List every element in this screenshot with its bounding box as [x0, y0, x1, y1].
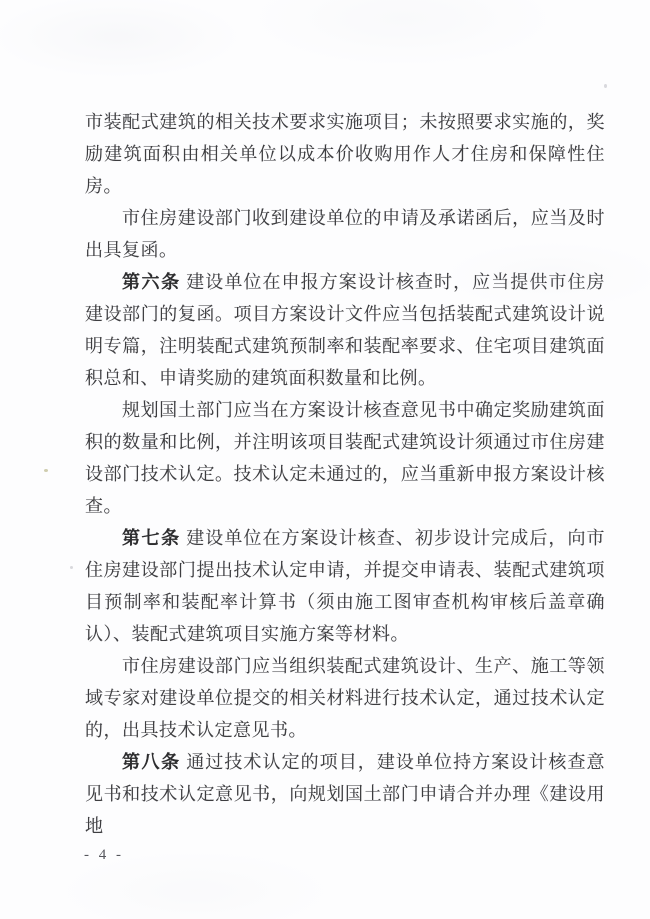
scan-speck — [604, 84, 607, 88]
document-body: 市装配式建筑的相关技术要求实施项目；未按照要求实施的，奖励建筑面积由相关单位以成… — [85, 106, 605, 842]
paragraph: 市装配式建筑的相关技术要求实施项目；未按照要求实施的，奖励建筑面积由相关单位以成… — [85, 106, 605, 202]
paragraph: 第六条 建设单位在申报方案设计核查时，应当提供市住房建设部门的复函。项目方案设计… — [85, 266, 605, 394]
paragraph: 第八条 通过技术认定的项目，建设单位持方案设计核查意见书和技术认定意见书，向规划… — [85, 746, 605, 842]
paragraph: 市住房建设部门应当组织装配式建筑设计、生产、施工等领域专家对建设单位提交的相关材… — [85, 650, 605, 746]
scanned-document-page: 市装配式建筑的相关技术要求实施项目；未按照要求实施的，奖励建筑面积由相关单位以成… — [0, 0, 650, 919]
article-number: 第七条 — [122, 528, 181, 548]
scan-speck — [70, 566, 73, 569]
paragraph: 市住房建设部门收到建设单位的申请及承诺函后，应当及时出具复函。 — [85, 202, 605, 266]
paragraph: 规划国土部门应当在方案设计核查意见书中确定奖励建筑面积的数量和比例，并注明该项目… — [85, 394, 605, 522]
scan-speck — [44, 469, 48, 472]
paragraph: 第七条 建设单位在方案设计核查、初步设计完成后，向市住房建设部门提出技术认定申请… — [85, 522, 605, 650]
article-number: 第八条 — [122, 752, 181, 772]
page-number: - 4 - — [84, 847, 124, 864]
article-number: 第六条 — [122, 272, 181, 292]
